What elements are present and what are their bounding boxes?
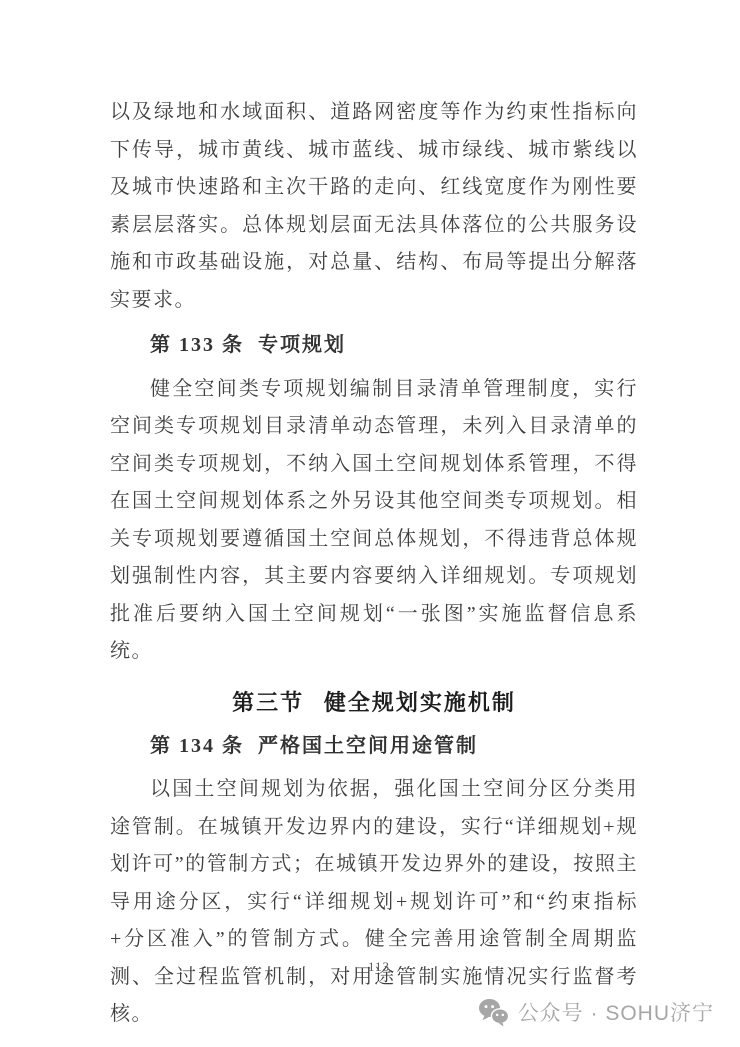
- article-133-heading: 第 133 条专项规划: [110, 327, 638, 365]
- section-number: 第三节: [232, 690, 304, 715]
- article-134-body: 以国土空间规划为依据，强化国土空间分区分类用途管制。在城镇开发边界内的建设，实行…: [110, 771, 638, 1034]
- article-133-number: 第 133 条: [150, 334, 244, 356]
- section-heading: 第三节健全规划实施机制: [110, 687, 638, 719]
- article-134-title: 严格国土空间用途管制: [258, 735, 478, 757]
- document-page: 以及绿地和水域面积、道路网密度等作为约束性指标向下传导，城市黄线、城市蓝线、城市…: [0, 0, 740, 1047]
- watermark-text: 公众号 · SOHU济宁: [518, 997, 714, 1027]
- article-134-heading: 第 134 条严格国土空间用途管制: [110, 728, 638, 766]
- watermark: 公众号 · SOHU济宁: [478, 997, 714, 1027]
- page-number: 113: [9, 959, 740, 975]
- article-133-body: 健全空间类专项规划编制目录清单管理制度，实行空间类专项规划目录清单动态管理，未列…: [110, 371, 638, 671]
- article-134-number: 第 134 条: [150, 735, 244, 757]
- continuation-paragraph: 以及绿地和水域面积、道路网密度等作为约束性指标向下传导，城市黄线、城市蓝线、城市…: [110, 94, 638, 319]
- article-133-title: 专项规划: [258, 334, 346, 356]
- page-content: 以及绿地和水域面积、道路网密度等作为约束性指标向下传导，城市黄线、城市蓝线、城市…: [110, 94, 638, 1034]
- wechat-icon: [478, 998, 509, 1027]
- section-title: 健全规划实施机制: [324, 690, 516, 715]
